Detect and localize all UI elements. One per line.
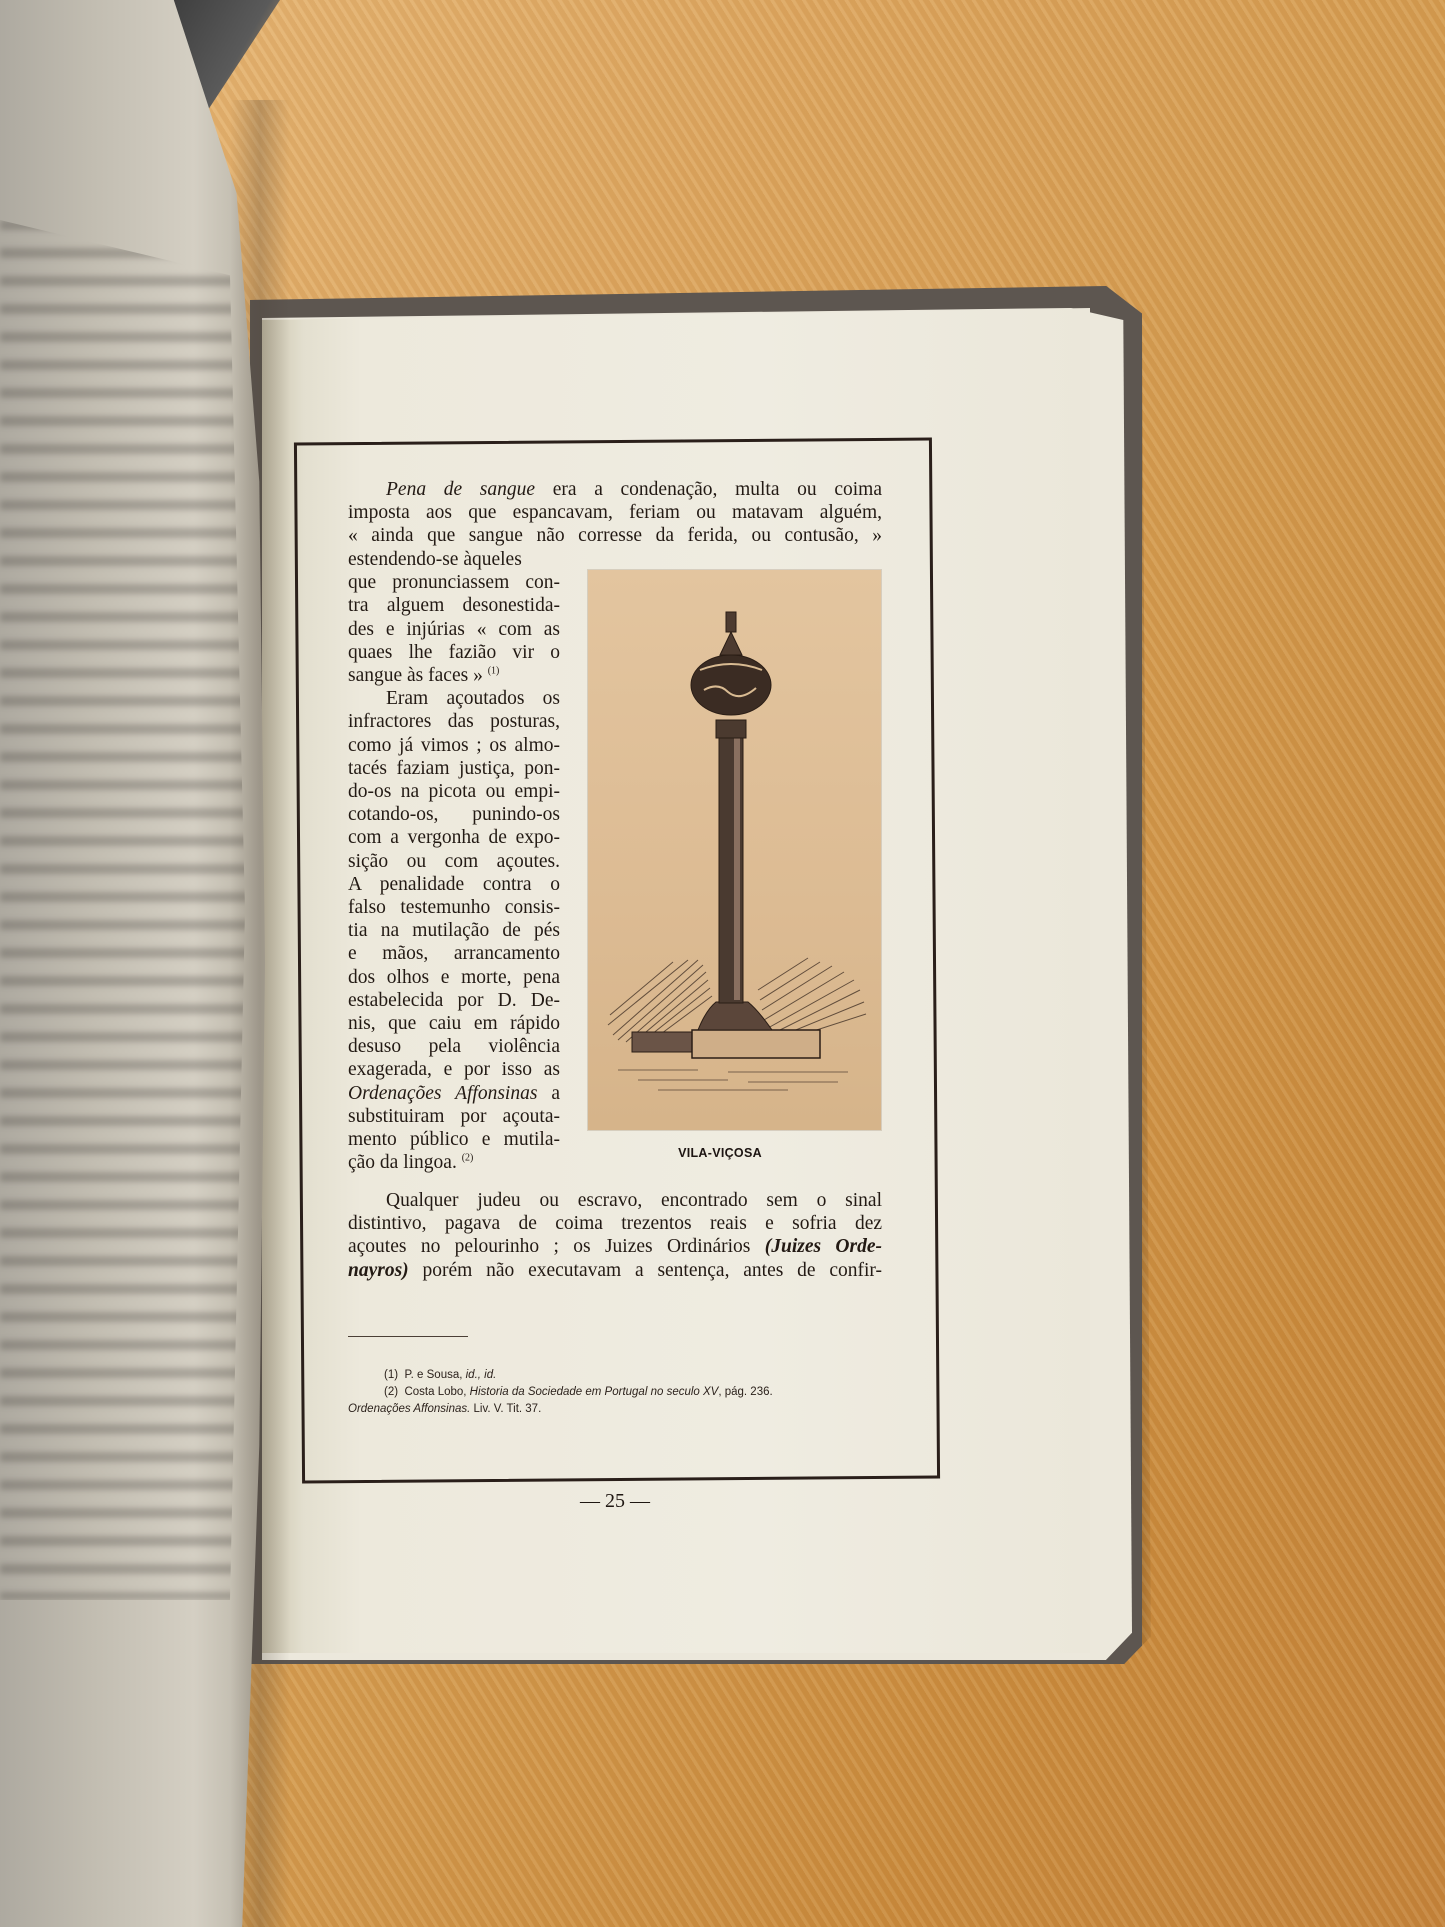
text-line: Ordenações Affonsinas a	[348, 1082, 560, 1105]
text-line: falso testemunho consis-	[348, 896, 560, 919]
footnote-text: P. e Sousa,	[404, 1369, 465, 1381]
text-line: desuso pela violência	[348, 1035, 560, 1058]
text-line: Pena de sangue era a condenação, multa o…	[348, 478, 882, 501]
pelourinho-column-icon	[588, 570, 881, 1130]
footnote-text: Liv. V. Tit. 37.	[470, 1403, 541, 1415]
text-line: substituiram por açouta-	[348, 1105, 560, 1128]
text-line: como já vimos ; os almo-	[348, 734, 560, 757]
footnote-2: (2) Costa Lobo, Historia da Sociedade em…	[348, 1384, 883, 1401]
line-text: era a condenação, multa ou coima	[535, 479, 882, 500]
footnote-divider	[348, 1336, 468, 1337]
text-line: que pronunciassem con-	[348, 571, 560, 594]
italic-term: Pena de sangue	[386, 479, 535, 500]
text-line: estendendo-se àqueles	[348, 548, 560, 571]
paragraph-3: Qualquer judeu ou escravo, encontrado se…	[348, 1189, 882, 1282]
text-line: do-os na picota ou empi-	[348, 780, 560, 803]
page-number: — 25 —	[560, 1490, 670, 1513]
footnote-text: Costa Lobo,	[404, 1386, 469, 1398]
text-line: mento público e mutila-	[348, 1128, 560, 1151]
illustration-caption: VILA-VIÇOSA	[640, 1146, 800, 1160]
line-text: sangue às faces »	[348, 665, 483, 686]
italic-term: (Juizes Orde-	[765, 1236, 882, 1257]
text-line: exagerada, e por isso as	[348, 1058, 560, 1081]
text-line: tia na mutilação de pés	[348, 919, 560, 942]
left-page-blurred-text	[0, 220, 250, 1600]
text-line: cotando-os, punindo-os	[348, 803, 560, 826]
text-line: distintivo, pagava de coima trezentos re…	[348, 1212, 882, 1235]
text-line: estabelecida por D. De-	[348, 989, 560, 1012]
footnotes: (1) P. e Sousa, id., id. (2) Costa Lobo,…	[348, 1367, 883, 1418]
pelourinho-illustration	[588, 570, 881, 1130]
text-line: açoutes no pelourinho ; os Juizes Ordiná…	[348, 1235, 882, 1258]
text-line: sição ou com açoutes.	[348, 850, 560, 873]
footnote-2-continued: Ordenações Affonsinas. Liv. V. Tit. 37.	[348, 1401, 883, 1418]
text-line: quaes lhe fazião vir o	[348, 641, 560, 664]
text-line: tra alguem desonestida-	[348, 594, 560, 617]
line-text: a	[537, 1083, 560, 1104]
text-line: Qualquer judeu ou escravo, encontrado se…	[348, 1189, 882, 1212]
footnote-1: (1) P. e Sousa, id., id.	[348, 1367, 883, 1384]
footnote-number: (1)	[384, 1369, 398, 1381]
text-line: sangue às faces » (1)	[348, 664, 560, 687]
left-column-text: estendendo-se àqueles que pronunciassem …	[348, 548, 560, 1174]
line-text: ção da lingoa.	[348, 1152, 457, 1173]
footnote-italic: Historia da Sociedade em Portugal no sec…	[470, 1386, 719, 1398]
footnote-number: (2)	[384, 1386, 398, 1398]
line-text: açoutes no pelourinho ; os Juizes Ordiná…	[348, 1236, 765, 1257]
text-line: Eram açoutados os	[348, 687, 560, 710]
text-line: tacés faziam justiça, pon-	[348, 757, 560, 780]
italic-term: nayros)	[348, 1260, 409, 1281]
paragraph-1-intro: Pena de sangue era a condenação, multa o…	[348, 478, 882, 548]
page-gutter-shadow	[230, 100, 290, 1927]
text-line: nis, que caiu em rápido	[348, 1012, 560, 1035]
footnote-italic: id., id.	[466, 1369, 497, 1381]
text-line: e mãos, arrancamento	[348, 942, 560, 965]
text-line: imposta aos que espancavam, feriam ou ma…	[348, 501, 882, 524]
text-line: A penalidade contra o	[348, 873, 560, 896]
text-line: com a vergonha de expo-	[348, 826, 560, 849]
footnote-ref: (2)	[462, 1153, 474, 1164]
footnote-italic: Ordenações Affonsinas.	[348, 1403, 470, 1415]
footnote-ref: (1)	[488, 666, 500, 677]
text-line: des e injúrias « com as	[348, 618, 560, 641]
footnote-text: , pág. 236.	[718, 1386, 772, 1398]
italic-term: Ordenações Affonsinas	[348, 1083, 537, 1104]
text-line: dos olhos e morte, pena	[348, 966, 560, 989]
line-text: porém não executavam a sentença, antes d…	[409, 1260, 882, 1281]
text-line: ção da lingoa. (2)	[348, 1151, 560, 1174]
text-line: « ainda que sangue não corresse da ferid…	[348, 524, 882, 547]
text-line: infractores das posturas,	[348, 710, 560, 733]
text-line: nayros) porém não executavam a sentença,…	[348, 1259, 882, 1282]
